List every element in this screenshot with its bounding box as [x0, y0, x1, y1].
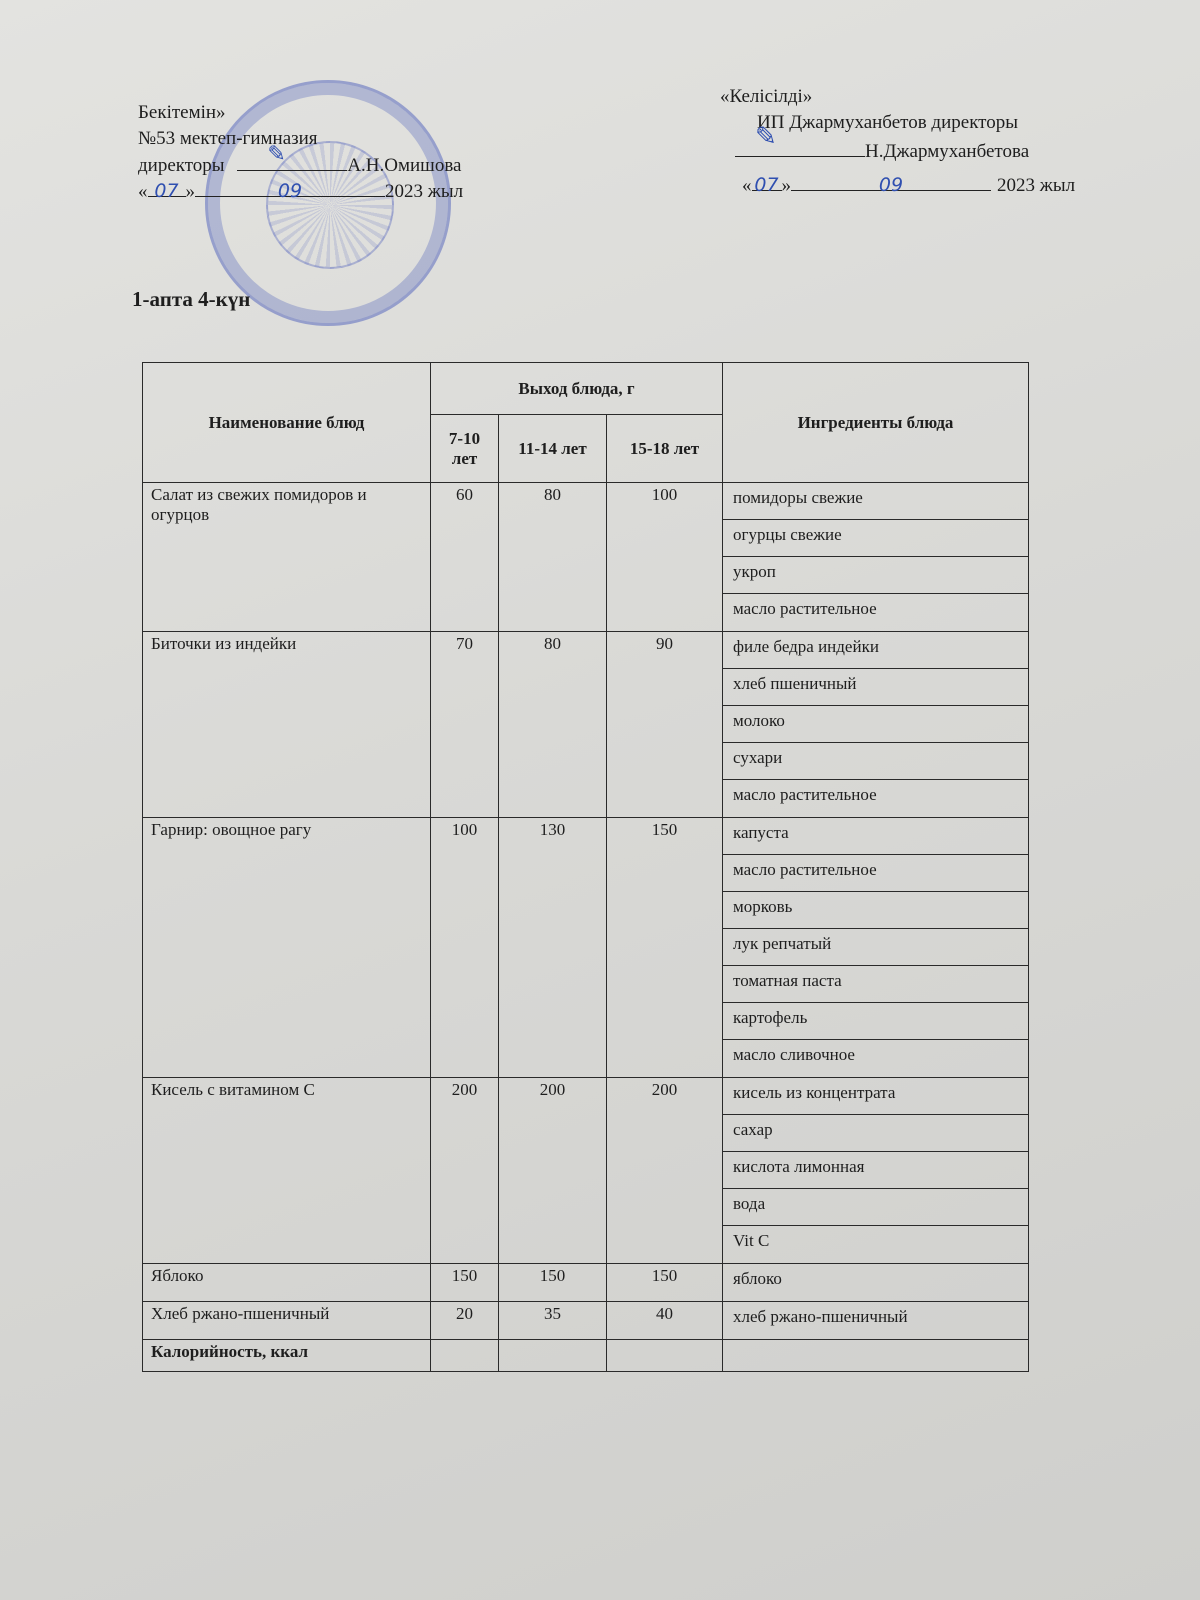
ingredient-item: огурцы свежие: [723, 520, 1028, 557]
quote-close: »: [186, 181, 196, 202]
yield-15-18: 40: [607, 1302, 723, 1340]
ingredient-item: помидоры свежие: [723, 483, 1028, 520]
approval-right-title: «Келісілді»: [720, 84, 812, 110]
dish-name: Биточки из индейки: [143, 632, 431, 818]
header-age-15-18: 15-18 лет: [607, 415, 723, 483]
ingredient-item: капуста: [723, 818, 1028, 855]
ingredients-cell: кисель из концентратасахаркислота лимонн…: [723, 1078, 1029, 1264]
header-yield: Выход блюда, г: [431, 363, 723, 415]
quote-close: »: [782, 175, 792, 196]
ingredients-cell: хлеб ржано-пшеничный: [723, 1302, 1029, 1340]
ingredient-item: кислота лимонная: [723, 1152, 1028, 1189]
ingredients-cell: филе бедра индейкихлеб пшеничныймолокосу…: [723, 632, 1029, 818]
dish-name: Яблоко: [143, 1264, 431, 1302]
ingredient-item: яблоко: [723, 1264, 1028, 1301]
director-label: директоры: [138, 155, 225, 176]
table-row: Хлеб ржано-пшеничный203540хлеб ржано-пше…: [143, 1302, 1029, 1340]
yield-11-14: 35: [499, 1302, 607, 1340]
table-row: Гарнир: овощное рагу100130150капустамасл…: [143, 818, 1029, 1078]
table-row: Кисель с витамином С200200200кисель из к…: [143, 1078, 1029, 1264]
ingredient-item: масло сливочное: [723, 1040, 1028, 1077]
date-year: 2023 жыл: [997, 175, 1075, 196]
ingredient-item: филе бедра индейки: [723, 632, 1028, 669]
header-age-11-14: 11-14 лет: [499, 415, 607, 483]
dish-name: Гарнир: овощное рагу: [143, 818, 431, 1078]
date-year: 2023 жыл: [385, 181, 463, 202]
yield-15-18: 150: [607, 818, 723, 1078]
table-row: Салат из свежих помидоров и огурцов60801…: [143, 483, 1029, 632]
yield-15-18: 100: [607, 483, 723, 632]
menu-table-body: Салат из свежих помидоров и огурцов60801…: [143, 483, 1029, 1372]
ingredients-cell: капустамасло растительноеморковьлук репч…: [723, 818, 1029, 1078]
ingredient-item: сухари: [723, 743, 1028, 780]
ingredient-item: масло растительное: [723, 780, 1028, 817]
table-row: Биточки из индейки708090филе бедра индей…: [143, 632, 1029, 818]
signature-mark: ✎: [755, 124, 777, 150]
yield-7-10: 100: [431, 818, 499, 1078]
calorie-15-18: [607, 1340, 723, 1372]
ingredient-item: вода: [723, 1189, 1028, 1226]
yield-15-18: 200: [607, 1078, 723, 1264]
dish-name: Хлеб ржано-пшеничный: [143, 1302, 431, 1340]
yield-11-14: 80: [499, 483, 607, 632]
calorie-ingredients: [723, 1340, 1029, 1372]
header-ingredients: Ингредиенты блюда: [723, 363, 1029, 483]
approval-left-line1: Бекітемін»: [138, 100, 226, 126]
dish-name: Кисель с витамином С: [143, 1078, 431, 1264]
approval-right-director: ✎ Н.Джармуханбетова: [735, 138, 1029, 165]
signature-line: ✎: [735, 138, 865, 157]
ingredient-item: картофель: [723, 1003, 1028, 1040]
quote-open: «: [138, 181, 148, 202]
table-row: Яблоко150150150яблоко: [143, 1264, 1029, 1302]
signature-line: ✎: [237, 152, 347, 171]
yield-7-10: 70: [431, 632, 499, 818]
menu-table: Наименование блюд Выход блюда, г Ингреди…: [142, 362, 1029, 1372]
date-month: 09: [879, 174, 903, 196]
ingredient-item: сахар: [723, 1115, 1028, 1152]
ingredient-item: кисель из концентрата: [723, 1078, 1028, 1115]
calorie-label: Калорийность, ккал: [143, 1340, 431, 1372]
yield-7-10: 150: [431, 1264, 499, 1302]
date-day: 07: [154, 180, 178, 202]
calorie-7-10: [431, 1340, 499, 1372]
yield-7-10: 200: [431, 1078, 499, 1264]
ingredients-cell: яблоко: [723, 1264, 1029, 1302]
yield-11-14: 130: [499, 818, 607, 1078]
approval-left-date: «07»092023 жыл: [138, 178, 463, 205]
header-dish-name: Наименование блюд: [143, 363, 431, 483]
director-name: А.Н.Омишова: [347, 155, 461, 176]
yield-7-10: 20: [431, 1302, 499, 1340]
quote-open: «: [742, 175, 752, 196]
signature-mark: ✎: [267, 142, 285, 168]
yield-11-14: 80: [499, 632, 607, 818]
ingredient-item: лук репчатый: [723, 929, 1028, 966]
approval-right-date: «07»092023 жыл: [742, 172, 1075, 199]
doc-title: 1-апта 4-күн: [132, 287, 250, 312]
ingredient-item: томатная паста: [723, 966, 1028, 1003]
approval-left-school: №53 мектеп-гимназия: [138, 126, 318, 152]
date-day: 07: [754, 174, 778, 196]
dish-name: Салат из свежих помидоров и огурцов: [143, 483, 431, 632]
date-month: 09: [278, 180, 302, 202]
ingredient-item: масло растительное: [723, 594, 1028, 631]
yield-15-18: 90: [607, 632, 723, 818]
ingredient-item: молоко: [723, 706, 1028, 743]
date-day-field: 07: [148, 178, 186, 197]
approval-left-director: директоры ✎ А.Н.Омишова: [138, 152, 461, 179]
ingredient-item: Vit C: [723, 1226, 1028, 1263]
yield-15-18: 150: [607, 1264, 723, 1302]
date-month-field: 09: [791, 172, 991, 191]
yield-7-10: 60: [431, 483, 499, 632]
approval-right-company: ИП Джармуханбетов директоры: [757, 110, 1018, 136]
ingredient-item: морковь: [723, 892, 1028, 929]
ingredient-item: хлеб ржано-пшеничный: [723, 1302, 1028, 1339]
yield-11-14: 150: [499, 1264, 607, 1302]
director-name: Н.Джармуханбетова: [865, 141, 1029, 162]
ingredient-item: масло растительное: [723, 855, 1028, 892]
date-month-field: 09: [195, 178, 385, 197]
calorie-11-14: [499, 1340, 607, 1372]
ingredients-cell: помидоры свежиеогурцы свежиеукропмасло р…: [723, 483, 1029, 632]
calorie-row: Калорийность, ккал: [143, 1340, 1029, 1372]
ingredient-item: хлеб пшеничный: [723, 669, 1028, 706]
yield-11-14: 200: [499, 1078, 607, 1264]
ingredient-item: укроп: [723, 557, 1028, 594]
date-day-field: 07: [752, 172, 782, 191]
header-age-7-10: 7-10 лет: [431, 415, 499, 483]
